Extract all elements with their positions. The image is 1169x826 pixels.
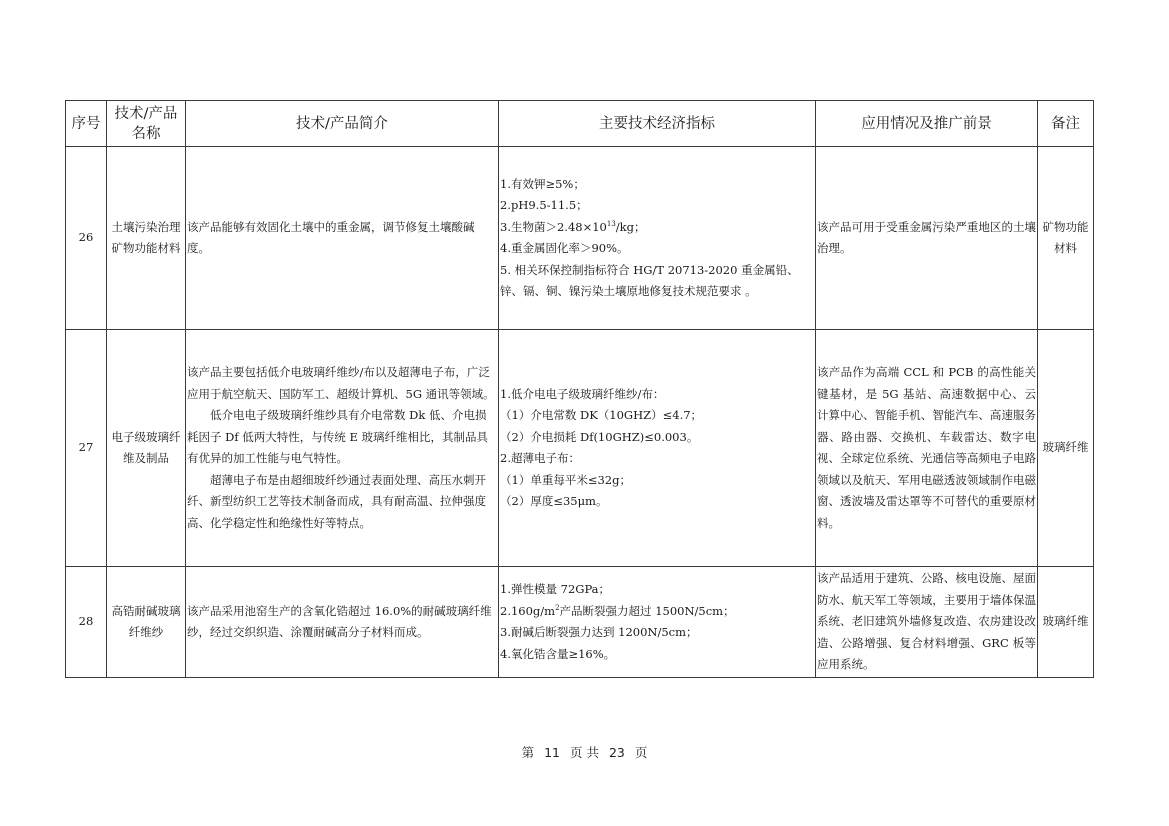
header-name: 技术/产品名称	[107, 101, 186, 147]
description-paragraph: 低介电电子级玻璃纤维纱具有介电常数 Dk 低、介电损耗因子 Df 低两大特性，与…	[187, 405, 497, 470]
indicator-item: 4.重金属固化率＞90%。	[500, 238, 814, 260]
product-description: 该产品采用池窑生产的含氧化锆超过 16.0%的耐碱玻璃纤维纱，经过交织织造、涂覆…	[186, 567, 499, 678]
indicator-item: 5. 相关环保控制指标符合 HG/T 20713-2020 重金属铅、锌、镉、铜…	[500, 260, 814, 303]
table-header-row: 序号 技术/产品名称 技术/产品简介 主要技术经济指标 应用情况及推广前景 备注	[66, 101, 1094, 147]
header-name-text: 技术/产品名称	[115, 106, 178, 142]
technology-product-table: 序号 技术/产品名称 技术/产品简介 主要技术经济指标 应用情况及推广前景 备注…	[65, 100, 1094, 678]
technical-indicators: 1.低介电电子级玻璃纤维纱/布： （1）介电常数 DK（10GHZ）≤4.7； …	[499, 330, 816, 567]
remarks: 矿物功能材料	[1038, 147, 1094, 330]
indicator-item: 1.弹性模量 72GPa；	[500, 579, 814, 601]
row-number: 27	[66, 330, 107, 567]
application-prospects: 该产品可用于受重金属污染严重地区的土壤治理。	[816, 147, 1038, 330]
product-description: 该产品能够有效固化土壤中的重金属，调节修复土壤酸碱度。	[186, 147, 499, 330]
row-number: 28	[66, 567, 107, 678]
document-page: 序号 技术/产品名称 技术/产品简介 主要技术经济指标 应用情况及推广前景 备注…	[0, 0, 1169, 826]
description-paragraph: 超薄电子布是由超细玻纤纱通过表面处理、高压水刺开纤、新型纺织工艺等技术制备而成，…	[187, 470, 497, 535]
indicator-item: 1.低介电电子级玻璃纤维纱/布：	[500, 384, 814, 406]
indicator-item: 1.有效钾≥5%；	[500, 174, 814, 196]
remarks: 玻璃纤维	[1038, 330, 1094, 567]
technical-indicators: 1.弹性模量 72GPa； 2.160g/m2产品断裂强力超过 1500N/5c…	[499, 567, 816, 678]
indicator-item: （1）介电常数 DK（10GHZ）≤4.7；	[500, 405, 814, 427]
application-prospects: 该产品作为高端 CCL 和 PCB 的高性能关键基材，是 5G 基站、高速数据中…	[816, 330, 1038, 567]
table-row: 26 土壤污染治理矿物功能材料 该产品能够有效固化土壤中的重金属，调节修复土壤酸…	[66, 147, 1094, 330]
indicator-item: 2.160g/m2产品断裂强力超过 1500N/5cm；	[500, 601, 814, 623]
indicator-text-tail: 产品断裂强力超过 1500N/5cm；	[560, 604, 735, 618]
row-number: 26	[66, 147, 107, 330]
indicator-item: （2）介电损耗 Df(10GHZ)≤0.003。	[500, 427, 814, 449]
indicator-item: 2.超薄电子布：	[500, 448, 814, 470]
header-indicators: 主要技术经济指标	[499, 101, 816, 147]
header-remarks: 备注	[1038, 101, 1094, 147]
indicator-item: 3.生物菌＞2.48×1013/kg；	[500, 217, 814, 239]
table-row: 28 高锆耐碱玻璃纤维纱 该产品采用池窑生产的含氧化锆超过 16.0%的耐碱玻璃…	[66, 567, 1094, 678]
product-description: 该产品主要包括低介电玻璃纤维纱/布以及超薄电子布，广泛应用于航空航天、国防军工、…	[186, 330, 499, 567]
footer-prefix: 第	[522, 745, 535, 760]
application-prospects: 该产品适用于建筑、公路、核电设施、屋面防水、航天军工等领域，主要用于墙体保温系统…	[816, 567, 1038, 678]
product-name: 高锆耐碱玻璃纤维纱	[107, 567, 186, 678]
remarks: 玻璃纤维	[1038, 567, 1094, 678]
description-paragraph: 该产品主要包括低介电玻璃纤维纱/布以及超薄电子布，广泛应用于航空航天、国防军工、…	[187, 362, 497, 405]
product-name: 电子级玻璃纤维及制品	[107, 330, 186, 567]
indicator-item: 3.耐碱后断裂强力达到 1200N/5cm；	[500, 622, 814, 644]
product-name: 土壤污染治理矿物功能材料	[107, 147, 186, 330]
technical-indicators: 1.有效钾≥5%； 2.pH9.5-11.5； 3.生物菌＞2.48×1013/…	[499, 147, 816, 330]
page-footer: 第 11 页 共 23 页	[0, 743, 1169, 761]
indicator-text-tail: /kg；	[616, 220, 646, 234]
indicator-item: （2）厚度≤35μm。	[500, 491, 814, 513]
indicator-item: 2.pH9.5-11.5；	[500, 195, 814, 217]
indicator-text: 2.160g/m	[500, 604, 555, 618]
indicator-text: 3.生物菌＞2.48×10	[500, 220, 607, 234]
indicator-item: （1）单重每平米≤32g；	[500, 470, 814, 492]
footer-middle: 页 共	[570, 745, 599, 760]
footer-suffix: 页	[635, 745, 648, 760]
total-pages: 23	[609, 745, 625, 760]
table-row: 27 电子级玻璃纤维及制品 该产品主要包括低介电玻璃纤维纱/布以及超薄电子布，广…	[66, 330, 1094, 567]
header-application: 应用情况及推广前景	[816, 101, 1038, 147]
header-description: 技术/产品简介	[186, 101, 499, 147]
description-paragraph: 该产品能够有效固化土壤中的重金属，调节修复土壤酸碱度。	[187, 217, 497, 260]
superscript: 13	[607, 220, 616, 228]
description-paragraph: 该产品采用池窑生产的含氧化锆超过 16.0%的耐碱玻璃纤维纱，经过交织织造、涂覆…	[187, 601, 497, 644]
current-page-number: 11	[544, 745, 560, 760]
header-no: 序号	[66, 101, 107, 147]
indicator-item: 4.氧化锆含量≥16%。	[500, 644, 814, 666]
